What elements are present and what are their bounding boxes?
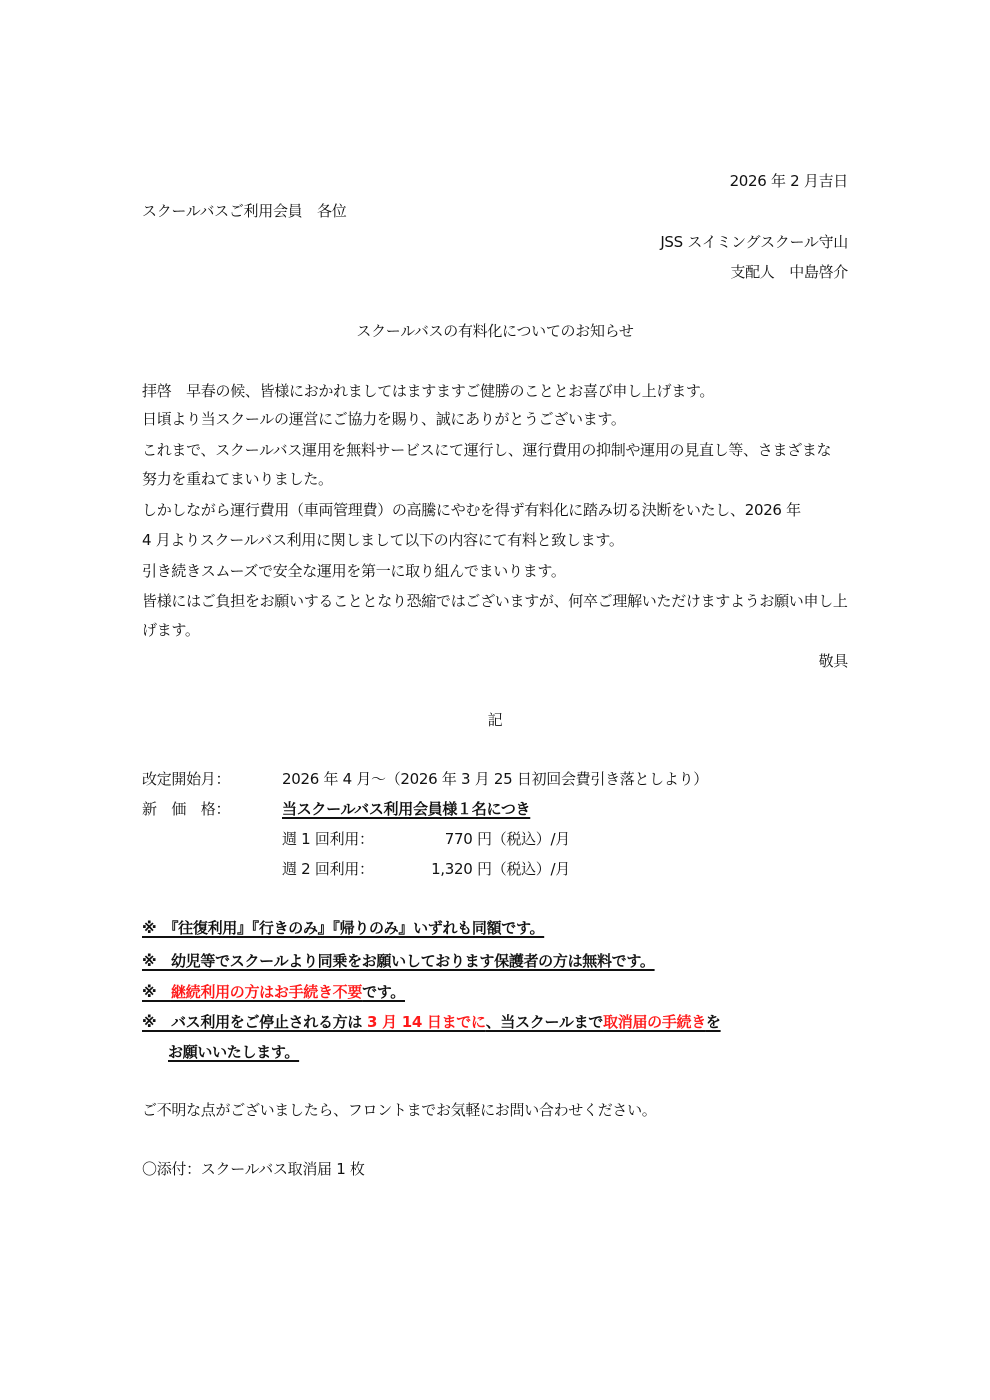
emphasis-no-procedure: 継続利用の方はお手続き不要 <box>171 983 362 1001</box>
body-line: しかしながら運行費用（車両管理費）の高騰にやむを得ず有料化に踏み切る決断をいたし… <box>142 500 801 520</box>
body-line: 拝啓 早春の候、皆様におかれましてはますますご健勝のこととお喜び申し上げます。 <box>142 381 714 401</box>
sender-organization: JSS スイミングスクール守山 <box>660 232 848 252</box>
start-month-value: 2026 年 4 月～（2026 年 3 月 25 日初回会費引き落としより） <box>282 769 708 789</box>
body-line: 4 月よりスクールバス利用に関しまして以下の内容にて有料と致します。 <box>142 530 624 550</box>
inquiry-text: ご不明な点がございましたら、フロントまでお気軽にお問い合わせください。 <box>142 1100 657 1120</box>
document-title: スクールバスの有料化についてのお知らせ <box>0 321 990 341</box>
body-line: 日頃より当スクールの運営にご協力を賜り、誠にありがとうございます。 <box>142 409 626 429</box>
body-line: げます。 <box>142 620 200 640</box>
start-month-label: 改定開始月： <box>142 769 230 789</box>
note-same-price: ※ 『往復利用』『行きのみ』『帰りのみ』いずれも同額です。 <box>142 918 544 938</box>
new-price-heading: 当スクールバス利用会員様１名につき <box>282 799 530 819</box>
price-suffix: （税込）/月 <box>492 860 570 878</box>
recipient: スクールバスご利用会員 各位 <box>142 201 346 221</box>
issue-date: 2026 年 2 月吉日 <box>730 171 848 191</box>
price-amount: 770 円 <box>374 829 492 849</box>
note-cancellation-cont: お願いいたします。 <box>168 1042 299 1062</box>
ki-heading: 記 <box>0 710 990 730</box>
note-guardian-free: ※ 幼児等でスクールより同乗をお願いしております保護者の方は無料です。 <box>142 951 655 971</box>
attachment-text: 〇添付：スクールバス取消届 1 枚 <box>142 1159 365 1179</box>
emphasis-cancel-form: 取消届の手続き <box>603 1013 706 1031</box>
new-price-label: 新 価 格： <box>142 799 230 819</box>
price-suffix: （税込）/月 <box>492 830 570 848</box>
note-continuing-users: ※ 継続利用の方はお手続き不要です。 <box>142 982 405 1002</box>
price-row-label: 週 1 回利用： <box>282 830 374 848</box>
sender-name: 支配人 中島啓介 <box>730 262 848 282</box>
body-line: 努力を重ねてまいりました。 <box>142 469 333 489</box>
price-row-label: 週 2 回利用： <box>282 860 374 878</box>
price-amount: 1,320 円 <box>374 859 492 879</box>
body-line: これまで、スクールバス運用を無料サービスにて運行し、運行費用の抑制や運用の見直し… <box>142 440 831 460</box>
closing-keigu: 敬具 <box>819 651 848 671</box>
body-line: 引き続きスムーズで安全な運用を第一に取り組んでまいります。 <box>142 561 566 581</box>
note-cancellation: ※ バス利用をご停止される方は 3 月 14 日までに、当スクールまで取消届の手… <box>142 1012 721 1032</box>
body-line: 皆様にはご負担をお願いすることとなり恐縮ではございますが、何卒ご理解いただけます… <box>142 591 848 611</box>
emphasis-deadline: 3 月 14 日までに <box>367 1013 486 1031</box>
